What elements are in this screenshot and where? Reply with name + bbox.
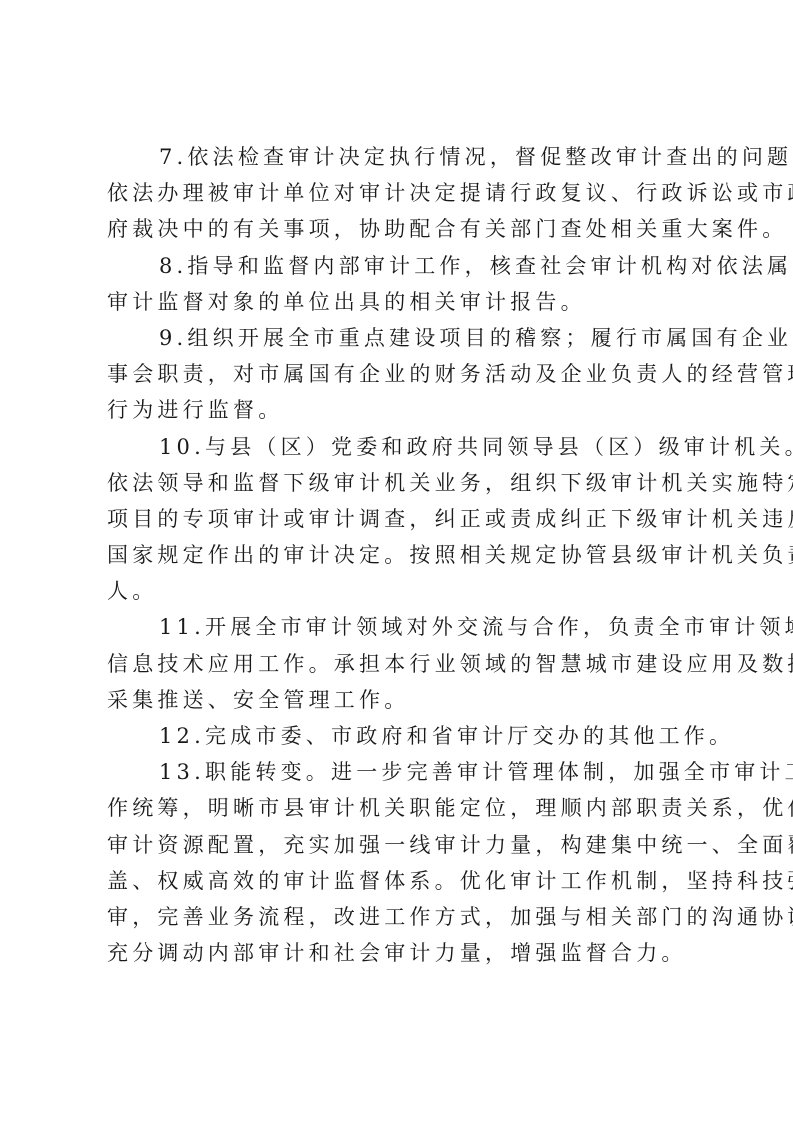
- paragraph-line: 盖、权威高效的审计监督体系。优化审计工作机制，坚持科技强: [107, 863, 707, 899]
- paragraph-line: 充分调动内部审计和社会审计力量，增强监督合力。: [107, 935, 707, 971]
- paragraph-line: 8.指导和监督内部审计工作，核查社会审计机构对依法属于: [107, 248, 707, 284]
- paragraph-line: 审计资源配置，充实加强一线审计力量，构建集中统一、全面覆: [107, 827, 707, 863]
- paragraph-line: 7.依法检查审计决定执行情况，督促整改审计查出的问题，: [107, 139, 707, 175]
- paragraph-line: 13.职能转变。进一步完善审计管理体制，加强全市审计工: [107, 754, 707, 790]
- paragraph-9: 9.组织开展全市重点建设项目的稽察；履行市属国有企业监 事会职责，对市属国有企业…: [107, 320, 707, 429]
- paragraph-line: 11.开展全市审计领域对外交流与合作，负责全市审计领域: [107, 609, 707, 645]
- document-page: 7.依法检查审计决定执行情况，督促整改审计查出的问题， 依法办理被审计单位对审计…: [107, 139, 707, 971]
- paragraph-line: 依法办理被审计单位对审计决定提请行政复议、行政诉讼或市政: [107, 175, 707, 211]
- paragraph-line: 行为进行监督。: [107, 392, 707, 428]
- paragraph-12: 12.完成市委、市政府和省审计厅交办的其他工作。: [107, 718, 707, 754]
- paragraph-13: 13.职能转变。进一步完善审计管理体制，加强全市审计工 作统筹，明晰市县审计机关…: [107, 754, 707, 971]
- paragraph-line: 项目的专项审计或审计调查，纠正或责成纠正下级审计机关违反: [107, 501, 707, 537]
- paragraph-line: 12.完成市委、市政府和省审计厅交办的其他工作。: [107, 718, 707, 754]
- paragraph-10: 10.与县（区）党委和政府共同领导县（区）级审计机关。 依法领导和监督下级审计机…: [107, 429, 707, 610]
- paragraph-line: 作统筹，明晰市县审计机关职能定位，理顺内部职责关系，优化: [107, 790, 707, 826]
- paragraph-line: 依法领导和监督下级审计机关业务，组织下级审计机关实施特定: [107, 465, 707, 501]
- paragraph-line: 采集推送、安全管理工作。: [107, 682, 707, 718]
- paragraph-line: 审计监督对象的单位出具的相关审计报告。: [107, 284, 707, 320]
- paragraph-line: 府裁决中的有关事项，协助配合有关部门查处相关重大案件。: [107, 211, 707, 247]
- paragraph-8: 8.指导和监督内部审计工作，核查社会审计机构对依法属于 审计监督对象的单位出具的…: [107, 248, 707, 320]
- paragraph-line: 审，完善业务流程，改进工作方式，加强与相关部门的沟通协调，: [107, 899, 707, 935]
- paragraph-line: 10.与县（区）党委和政府共同领导县（区）级审计机关。: [107, 429, 707, 465]
- paragraph-7: 7.依法检查审计决定执行情况，督促整改审计查出的问题， 依法办理被审计单位对审计…: [107, 139, 707, 248]
- paragraph-line: 事会职责，对市属国有企业的财务活动及企业负责人的经营管理: [107, 356, 707, 392]
- paragraph-line: 信息技术应用工作。承担本行业领域的智慧城市建设应用及数据: [107, 646, 707, 682]
- paragraph-line: 9.组织开展全市重点建设项目的稽察；履行市属国有企业监: [107, 320, 707, 356]
- paragraph-line: 国家规定作出的审计决定。按照相关规定协管县级审计机关负责: [107, 537, 707, 573]
- paragraph-line: 人。: [107, 573, 707, 609]
- paragraph-11: 11.开展全市审计领域对外交流与合作，负责全市审计领域 信息技术应用工作。承担本…: [107, 609, 707, 718]
